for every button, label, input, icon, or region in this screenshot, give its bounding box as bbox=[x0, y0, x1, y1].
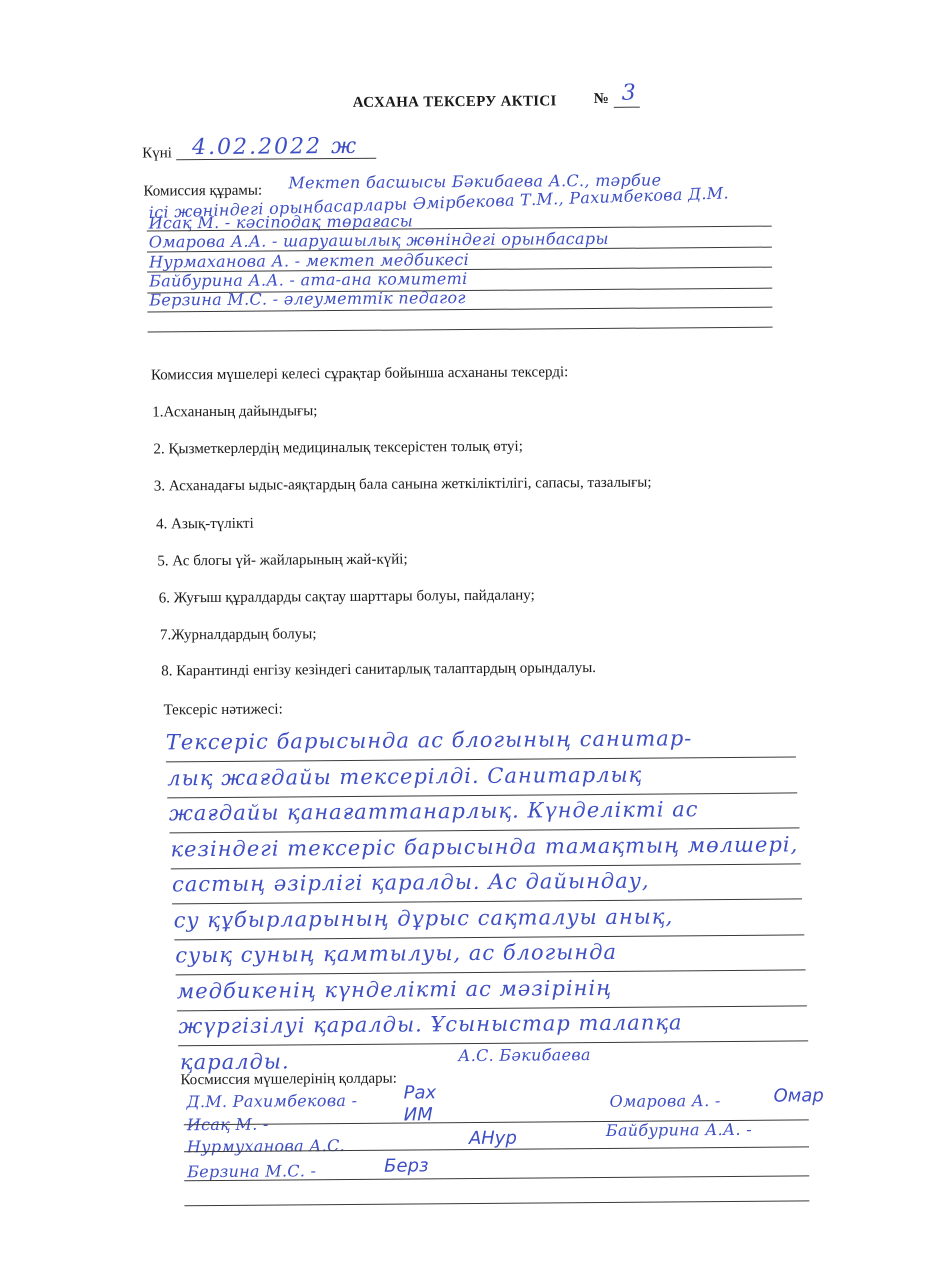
number-underline bbox=[614, 107, 640, 108]
signature-mark: Омар bbox=[774, 1085, 824, 1106]
checklist-item: 8. Карантинді енгізу кезіндегі санитарлы… bbox=[161, 660, 596, 680]
result-line: жағдайы қанағаттанарлық. Күнделікті ас bbox=[169, 797, 699, 825]
rule-line bbox=[177, 1005, 807, 1011]
rule-line bbox=[148, 327, 773, 333]
signature-mark: Рах bbox=[403, 1082, 436, 1103]
result-line: Тексеріс барысында ас блогының санитар- bbox=[166, 726, 693, 754]
date-underline bbox=[176, 158, 376, 161]
result-line: қаралды. bbox=[180, 1049, 290, 1074]
result-line: жүргізілуі қаралды. Ұсыныстар талапқа bbox=[178, 1010, 682, 1038]
number-label: № bbox=[594, 91, 609, 108]
intro-text: Комиссия мүшелері келесі сұрақтар бойынш… bbox=[151, 364, 569, 384]
result-label: Тексеріс нәтижесі: bbox=[163, 701, 282, 719]
result-block: Тексеріс барысында ас блогының санитар-л… bbox=[0, 0, 925, 4]
date-value: 4.02.2022 ж bbox=[192, 134, 358, 160]
checklist-item: 7.Журналдардың болуы; bbox=[160, 626, 317, 644]
checklist-item: 6. Жуғыш құралдарды сақтау шарттары болу… bbox=[159, 587, 535, 607]
signature-name: Байбурина А.А. - bbox=[606, 1120, 752, 1140]
rule-line bbox=[166, 756, 796, 762]
commission-label: Комиссия құрамы: bbox=[143, 183, 262, 201]
signature-mark: Берз bbox=[384, 1155, 429, 1176]
signatures-label: Космиссия мүшелерінің қолдары: bbox=[180, 1071, 397, 1090]
commission-line: Байбурина А.А. - ата-ана комитеті bbox=[149, 269, 467, 290]
signature-mark: АНур bbox=[469, 1128, 517, 1149]
result-line: кезіндегі тексеріс барысында тамақтың мө… bbox=[170, 832, 798, 861]
date-label: Күні bbox=[142, 145, 172, 162]
checklist-item: 1.Асхананың дайындығы; bbox=[152, 403, 317, 421]
commission-line: Берзина М.С. - әлеуметтік педагог bbox=[149, 288, 466, 309]
signature-name: Нурмуханова А.С. bbox=[187, 1136, 345, 1156]
rule-line bbox=[184, 1200, 809, 1206]
rule-line bbox=[172, 898, 802, 904]
checklist-item: 2. Қызметкерлердің медициналық тексеріст… bbox=[153, 439, 522, 459]
result-line: су құбырларының дұрыс сақталуы анық, bbox=[174, 904, 674, 932]
checklist-item: 5. Ас блогы үй- жайларының жай-күйі; bbox=[157, 551, 407, 570]
checklist-item: 4. Азық-түлікті bbox=[156, 516, 254, 534]
result-line: медбикенің күнделікті ас мәзірінің bbox=[177, 975, 612, 1002]
commission-line: Нурмаханова А. - мектеп медбикесі bbox=[149, 250, 469, 272]
rule-line bbox=[175, 969, 805, 975]
rule-line bbox=[174, 934, 804, 940]
checklist-item: 3. Асханадағы ыдыс-аяқтардың бала санына… bbox=[154, 475, 652, 496]
act-number: 3 bbox=[622, 81, 637, 106]
signature-name: Берзина М.С. - bbox=[187, 1161, 316, 1181]
document-title: АСХАНА ТЕКСЕРУ АКТІСІ bbox=[353, 93, 557, 112]
result-line: састың әзірлігі қаралды. Ас дайындау, bbox=[172, 869, 650, 897]
result-line: суық суның қамтылуы, ас блогында bbox=[175, 940, 617, 967]
rule-line bbox=[171, 863, 801, 869]
signature-chair: А.С. Бәкибаева bbox=[458, 1045, 591, 1065]
signature-name: Омарова А. - bbox=[610, 1091, 721, 1111]
result-line: лық жағдайы тексерілді. Санитарлық bbox=[167, 762, 642, 790]
document-page: АСХАНА ТЕКСЕРУ АКТІСІ № 3 Күні 4.02.2022… bbox=[0, 0, 930, 1280]
signature-name: Д.М. Рахимбекова - bbox=[187, 1091, 358, 1111]
rule-line bbox=[168, 792, 798, 798]
